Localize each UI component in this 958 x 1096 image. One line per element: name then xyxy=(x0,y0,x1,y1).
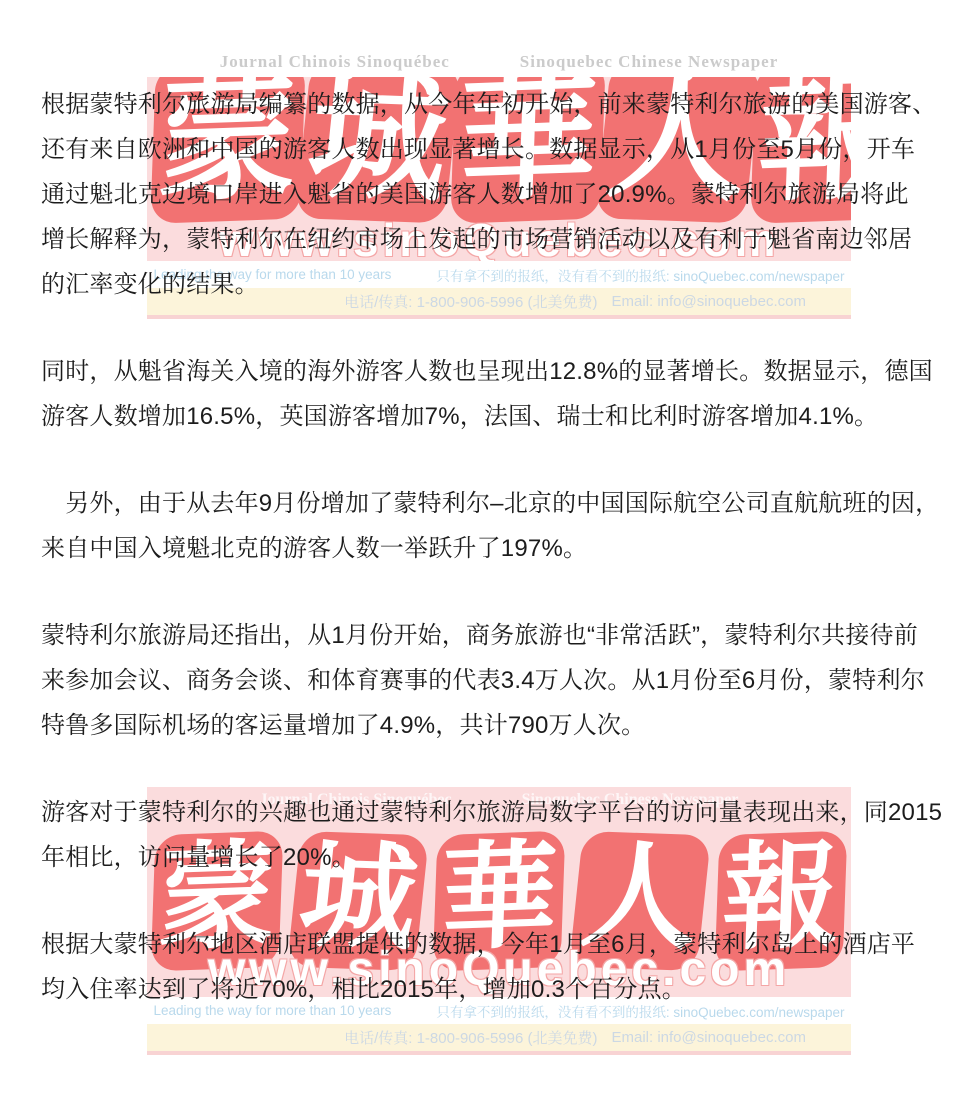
article-paragraph: 同时，从魁省海关入境的海外游客人数也呈现出12.8%的显著增长。数据显示，德国 … xyxy=(41,349,956,439)
article-paragraph: 根据大蒙特利尔地区酒店联盟提供的数据，今年1月至6月，蒙特利尔岛上的酒店平 均入… xyxy=(41,922,956,1012)
banner-header: Journal Chinois Sinoquébec Sinoquebec Ch… xyxy=(147,46,851,77)
article-paragraph: 根据蒙特利尔旅游局编纂的数据，从今年年初开始，前来蒙特利尔旅游的美国游客、 还有… xyxy=(41,82,956,307)
journal-name-english: Sinoquebec Chinese Newspaper xyxy=(520,52,778,72)
article-paragraph: 蒙特利尔旅游局还指出，从1月份开始，商务旅游也“非常活跃”，蒙特利尔共接待前 来… xyxy=(41,613,956,748)
article-body: 根据蒙特利尔旅游局编纂的数据，从今年年初开始，前来蒙特利尔旅游的美国游客、 还有… xyxy=(41,82,956,1054)
journal-name-french: Journal Chinois Sinoquébec xyxy=(220,52,450,72)
article-paragraph: 游客对于蒙特利尔的兴趣也通过蒙特利尔旅游局数字平台的访问量表现出来，同2015 … xyxy=(41,790,956,880)
article-paragraph: 另外，由于从去年9月份增加了蒙特利尔–北京的中国国际航空公司直航航班的因， 来自… xyxy=(41,481,956,571)
